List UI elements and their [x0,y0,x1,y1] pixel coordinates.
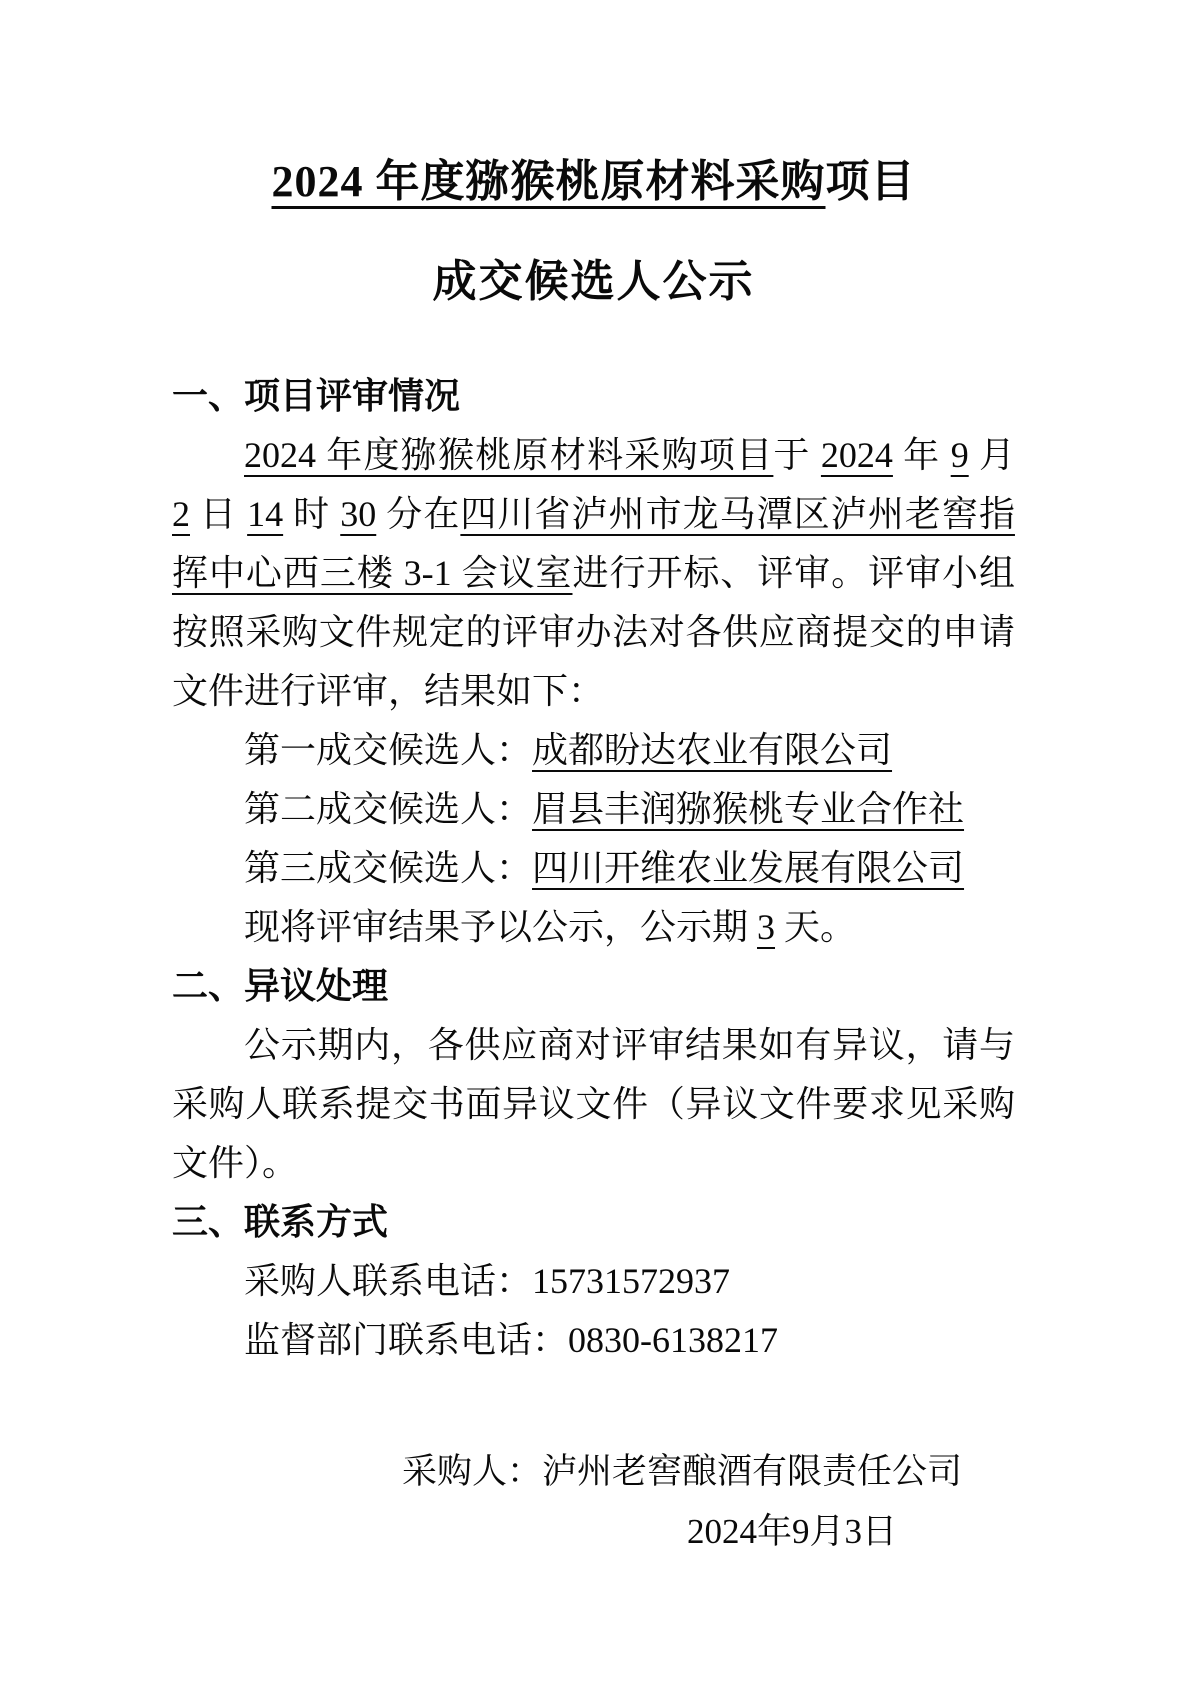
plain-text: 项目 [826,157,916,206]
signature-block: 采购人：泸州老窖酿酒有限责任公司 2024年9月3日 [172,1442,1015,1562]
underlined-text: 9 [951,435,969,475]
document-page: 2024 年度猕猴桃原材料采购项目 成交候选人公示 一、项目评审情况 2024 … [0,0,1190,1682]
section-3-heading: 三、联系方式 [172,1193,1015,1252]
section-2-paragraph: 公示期内，各供应商对评审结果如有异议，请与采购人联系提交书面异议文件（异议文件要… [172,1016,1015,1193]
underlined-text: 2024 年度猕猴桃原材料采购 [272,157,826,206]
underlined-text: 2 [172,494,190,534]
candidate-line-2: 第二成交候选人：眉县丰润猕猴桃专业合作社 [172,780,1015,839]
document-body: 一、项目评审情况 2024 年度猕猴桃原材料采购项目于 2024 年 9 月 2… [172,367,1015,1562]
underlined-text: 四川开维农业发展有限公司 [532,848,964,888]
plain-text: 于 [773,435,821,475]
section-1-closing-line: 现将评审结果予以公示，公示期 3 天。 [172,898,1015,957]
underlined-text: 14 [247,494,283,534]
section-2-heading: 二、异议处理 [172,957,1015,1016]
plain-text: 月 [969,435,1015,475]
plain-text: 第一成交候选人： [244,730,532,770]
plain-text: 日 [190,494,247,534]
supervisor-phone-line: 监督部门联系电话：0830-6138217 [172,1311,1015,1370]
buyer-phone-line: 采购人联系电话：15731572937 [172,1252,1015,1311]
plain-text: 现将评审结果予以公示，公示期 [244,907,757,947]
plain-text: 分在 [376,494,460,534]
underlined-text: 30 [340,494,376,534]
signature-buyer: 采购人：泸州老窖酿酒有限责任公司 [172,1442,1015,1502]
underlined-text: 2024 年度猕猴桃原材料采购项目 [244,435,773,475]
candidate-line-3: 第三成交候选人：四川开维农业发展有限公司 [172,839,1015,898]
candidate-line-1: 第一成交候选人：成都盼达农业有限公司 [172,721,1015,780]
plain-text: 第三成交候选人： [244,848,532,888]
section-1-heading: 一、项目评审情况 [172,367,1015,426]
underlined-text: 成都盼达农业有限公司 [532,730,892,770]
plain-text: 年 [893,435,951,475]
page-title: 2024 年度猕猴桃原材料采购项目 [172,152,1015,212]
plain-text: 天。 [775,907,856,947]
underlined-text: 3 [757,907,775,947]
underlined-text: 眉县丰润猕猴桃专业合作社 [532,789,964,829]
page-subtitle: 成交候选人公示 [172,252,1015,312]
plain-text: 第二成交候选人： [244,789,532,829]
plain-text: 时 [283,494,340,534]
signature-date: 2024年9月3日 [172,1502,1015,1562]
underlined-text: 2024 [821,435,893,475]
section-1-paragraph: 2024 年度猕猴桃原材料采购项目于 2024 年 9 月 2 日 14 时 3… [172,426,1015,721]
